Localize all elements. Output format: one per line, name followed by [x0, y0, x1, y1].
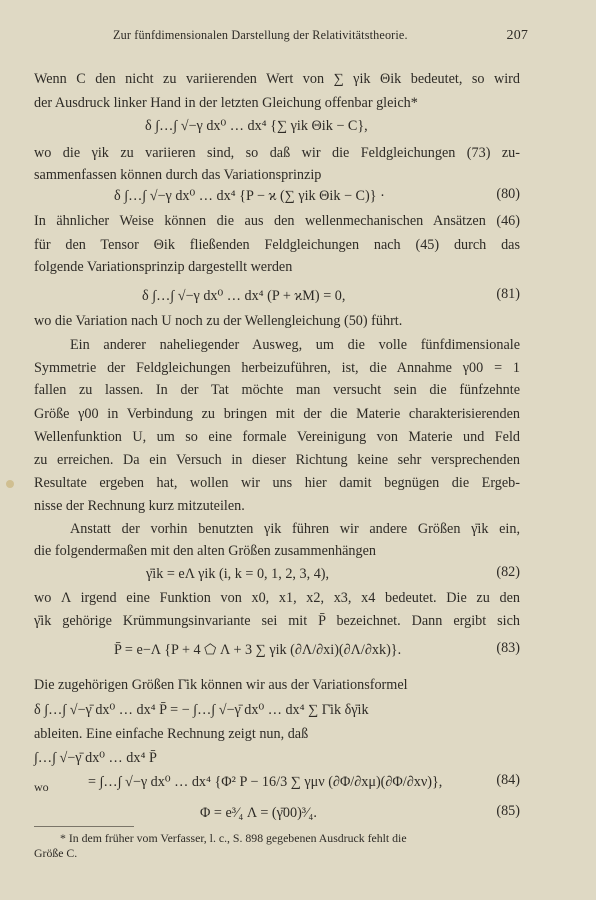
text-line: Wenn C den nicht zu variierenden Wert vo… — [34, 70, 520, 88]
text-line: Die zugehörigen Größen Γ̄ik können wir a… — [34, 676, 520, 694]
equation-80: δ ∫…∫ √−γ dx⁰ … dx⁴ {P − ϰ (∑ γik Θik − … — [114, 186, 385, 206]
footnote-line: * In dem früher vom Verfasser, l. c., S.… — [34, 831, 520, 846]
paper-stain — [6, 480, 14, 488]
text-line: folgende Variationsprinzip dargestellt w… — [34, 258, 520, 276]
running-title: Zur fünfdimensionalen Darstellung der Re… — [113, 28, 408, 44]
text-line: wo die γik zu variieren sind, so daß wir… — [34, 144, 520, 162]
text-line: wo Λ irgend eine Funktion von x0, x1, x2… — [34, 589, 520, 607]
equation-number: (81) — [496, 286, 520, 303]
footnote-rule — [34, 826, 134, 827]
document-page: Zur fünfdimensionalen Darstellung der Re… — [0, 0, 596, 900]
text-line: der Ausdruck linker Hand in der letzten … — [34, 94, 520, 112]
equation-83: P̄ = e−Λ {P + 4 ⬠ Λ + 3 ∑ γik (∂Λ/∂xi)(∂… — [114, 640, 401, 660]
equation-variation-formula: δ ∫…∫ √−γ̄ dx⁰ … dx⁴ P̄ = − ∫…∫ √−γ̄ dx⁰… — [34, 700, 369, 720]
text-line: nisse der Rechnung kurz mitzuteilen. — [34, 497, 520, 515]
text-line-wo: wo — [34, 778, 520, 796]
equation-number: (85) — [496, 803, 520, 820]
text-line: In ähnlicher Weise können die aus den we… — [34, 212, 520, 230]
text-line: wo die Variation nach U noch zu der Well… — [34, 312, 520, 330]
text-line: sammenfassen können durch das Variations… — [34, 166, 520, 184]
text-line: fallen zu lassen. In der Tat möchte man … — [34, 381, 520, 399]
equation-number: (82) — [496, 564, 520, 581]
text-line: Wellenfunktion U, um so eine formale Ver… — [34, 428, 520, 446]
running-header: Zur fünfdimensionalen Darstellung der Re… — [113, 28, 528, 44]
text-line: Ein anderer naheliegender Ausweg, um die… — [34, 336, 520, 354]
text-line: ableiten. Eine einfache Rechnung zeigt n… — [34, 725, 520, 743]
equation-85: Φ = e³⁄₄ Λ = (γ̄00)³⁄₄. — [200, 803, 317, 823]
text-line: Anstatt der vorhin benutzten γik führen … — [34, 520, 520, 538]
text-line: für den Tensor Θik fließenden Feldgleich… — [34, 236, 520, 254]
equation-84-lhs: ∫…∫ √−γ̄ dx⁰ … dx⁴ P̄ — [34, 748, 157, 768]
text-line: Resultate ergeben hat, wollen wir uns hi… — [34, 474, 520, 492]
text-line: zu erreichen. Da ein Versuch in dieser R… — [34, 451, 520, 469]
footnote-line: Größe C. — [34, 846, 520, 861]
equation-82: γ̄ik = eΛ γik (i, k = 0, 1, 2, 3, 4), — [146, 564, 329, 584]
text-line: Symmetrie der Feldgleichungen herbeizufü… — [34, 359, 520, 377]
equation-unnumbered: δ ∫…∫ √−γ dx⁰ … dx⁴ {∑ γik Θik − C}, — [145, 116, 368, 136]
equation-number: (83) — [496, 640, 520, 657]
text-line: die folgendermaßen mit den alten Größen … — [34, 542, 520, 560]
page-number: 207 — [507, 28, 528, 44]
equation-81: δ ∫…∫ √−γ dx⁰ … dx⁴ (P + ϰM) = 0, — [142, 286, 345, 306]
equation-number: (80) — [496, 186, 520, 203]
text-line: Größe γ00 in Verbindung zu bringen mit d… — [34, 405, 520, 423]
text-line: γ̄ik gehörige Krümmungsinvariante sei mi… — [34, 612, 520, 630]
